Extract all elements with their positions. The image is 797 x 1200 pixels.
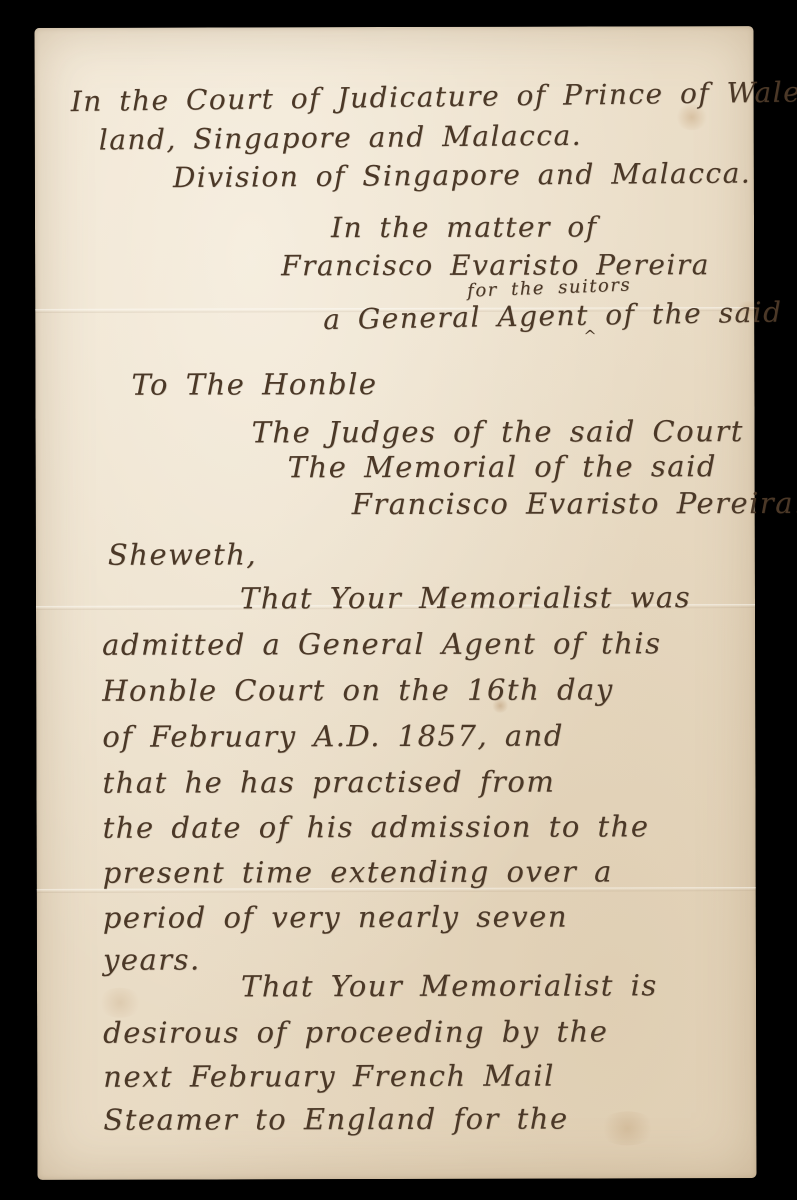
para2-line: That Your Memorialist is [241, 970, 658, 1003]
para1-line: period of very nearly seven [103, 902, 568, 935]
matter-party-name: Francisco Evaristo Pereira [281, 250, 710, 282]
division-heading: Division of Singapore and Malacca. [173, 159, 752, 194]
court-heading-line-2: land, Singapore and Malacca. [99, 121, 583, 156]
para1-line: admitted a General Agent of this [102, 628, 661, 661]
para1-line: present time extending over a [103, 856, 613, 889]
para1-line: Honble Court on the 16th day [102, 674, 614, 707]
paper-stain [97, 988, 143, 1018]
manuscript-page: In the Court of Judicature of Prince of … [34, 26, 756, 1180]
para1-line: the date of his admission to the [103, 811, 650, 844]
paper-stain [597, 1111, 657, 1145]
court-heading-line-1: In the Court of Judicature of Prince of … [71, 76, 797, 117]
para1-line: years. [103, 945, 201, 977]
address-to-line: To The Honble [131, 369, 377, 402]
para1-line: that he has practised from [102, 767, 555, 800]
insertion-caret: ^ [583, 326, 596, 345]
address-judges-line: The Judges of the said Court [252, 416, 744, 449]
memorialist-name-line: Francisco Evaristo Pereira. [352, 488, 797, 521]
memorial-title-line: The Memorial of the said [288, 451, 717, 484]
para1-line: of February A.D. 1857, and [102, 721, 564, 754]
para2-line: Steamer to England for the [103, 1104, 568, 1137]
matter-title: In the matter of [331, 212, 598, 243]
para2-line: desirous of proceeding by the [103, 1016, 608, 1049]
photo-background: In the Court of Judicature of Prince of … [0, 0, 797, 1200]
para2-line: next February French Mail [103, 1061, 555, 1094]
salutation: Sheweth, [108, 539, 257, 571]
matter-party-role: a General Agent of the said Court [323, 296, 797, 336]
para1-line: That Your Memorialist was [240, 582, 691, 615]
